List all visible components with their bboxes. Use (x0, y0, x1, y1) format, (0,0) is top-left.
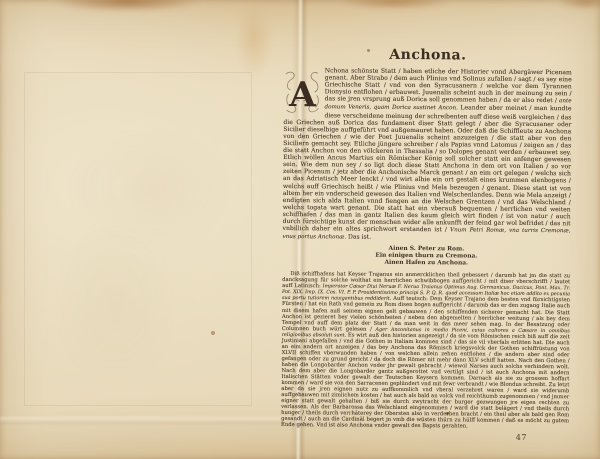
fold-top-stain (236, 2, 272, 76)
paragraph-2: Diß schiffhafens hat Keyser Trajanus ein… (281, 271, 570, 430)
left-page-show-through (24, 72, 252, 406)
scanned-book-page: Anchona. A Nchona schönste Statt / haben… (0, 0, 600, 459)
verse-translation: Ainen S. Peter zu Rom. Ein einigen thurn… (282, 244, 570, 267)
das-ist-label: Das ist. (348, 234, 371, 241)
verse-line-3: Ainen Hafen zu Anchona. (282, 258, 570, 267)
paragraph-2-text-end: Es wirt auß den historien angezeigt / da… (281, 332, 570, 430)
paragraph-1-text: Nchona schönste Statt / haben etliche de… (325, 67, 572, 104)
paragraph-1-text-continued: Leander aber meinet / man kundte diese v… (283, 105, 572, 234)
ink-speck (211, 331, 215, 335)
text-column: Anchona. A Nchona schönste Statt / haben… (281, 46, 572, 443)
paragraph-1: A Nchona schönste Statt / haben etliche … (282, 67, 571, 244)
paper-sheet: Anchona. A Nchona schönste Statt / haben… (0, 0, 600, 459)
svg-text:A: A (288, 75, 316, 115)
ornate-initial-A: A (283, 68, 321, 118)
top-edge-stain-left (52, 0, 202, 12)
top-edge-stain-center (336, 0, 452, 10)
bottom-fold-crease (0, 417, 312, 424)
page-number: 47 (281, 431, 569, 442)
page-title: Anchona. (284, 46, 572, 64)
top-edge-stain-right (556, 0, 600, 10)
